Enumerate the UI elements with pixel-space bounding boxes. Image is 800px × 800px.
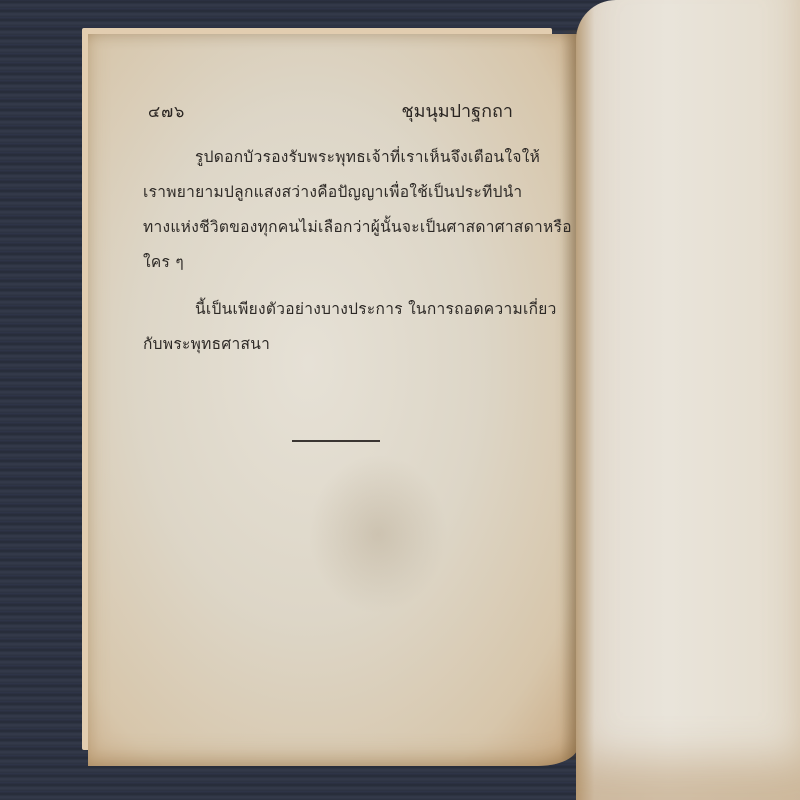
text-line: กับพระพุทธศาสนา: [143, 327, 515, 362]
text-line: ทางแห่งชีวิตของทุกคนไม่เลือกว่าผู้นั้นจะ…: [143, 210, 515, 245]
page-stain: [308, 454, 448, 614]
section-end-rule: [292, 440, 380, 442]
page-body-text: รูปดอกบัวรองรับพระพุทธเจ้าที่เราเห็นจึงเ…: [143, 140, 515, 362]
paragraph-2: นี้เป็นเพียงตัวอย่างบางประการ ในการถอดคว…: [143, 292, 515, 362]
paragraph-1: รูปดอกบัวรองรับพระพุทธเจ้าที่เราเห็นจึงเ…: [143, 140, 515, 280]
text-line: นี้เป็นเพียงตัวอย่างบางประการ ในการถอดคว…: [143, 292, 515, 327]
text-line: ใคร ๆ: [143, 245, 515, 280]
text-line: เราพยายามปลูกแสงสว่างคือปัญญาเพื่อใช้เป็…: [143, 175, 515, 210]
text-line: รูปดอกบัวรองรับพระพุทธเจ้าที่เราเห็นจึงเ…: [143, 140, 515, 175]
right-book-page: [576, 0, 800, 800]
page-header: ๔๗๖ ชุมนุมปาฐกถา: [148, 96, 513, 124]
running-title: ชุมนุมปาฐกถา: [401, 96, 513, 125]
page-number: ๔๗๖: [148, 100, 185, 125]
paragraph-gap: [143, 280, 515, 292]
